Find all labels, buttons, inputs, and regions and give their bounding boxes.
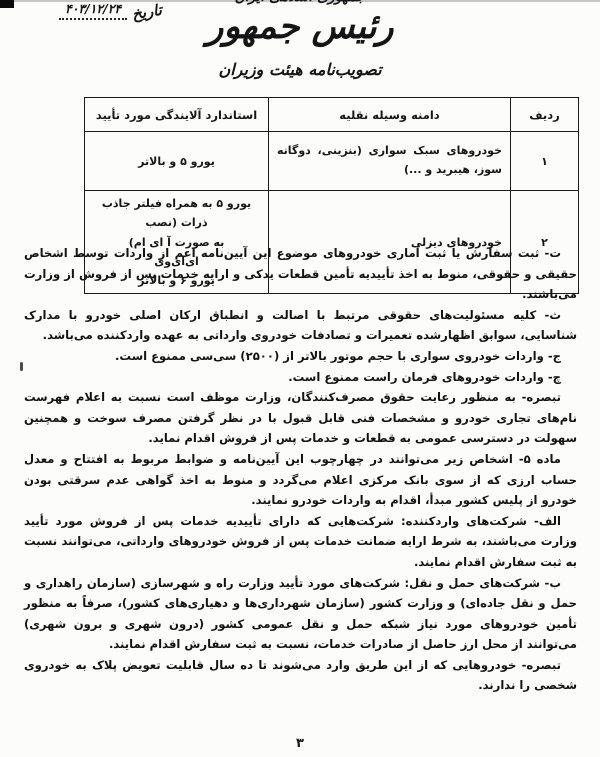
paragraph-te: ت- ثبت سفارش یا ثبت آماری خودروهای موضوع… xyxy=(24,243,577,305)
row-number-cell: ۱ xyxy=(511,132,579,191)
emblem-caption-text: جمهوری اسلامی ایران xyxy=(190,0,410,5)
paragraph-madeh-5: ماده ۵- اشخاص زیر می‌توانند در چهارچوب ا… xyxy=(24,449,577,511)
page-subtitle: تصویب‌نامه هیئت وزیران xyxy=(0,60,600,79)
column-header-vehicle-scope: دامنه وسیله نقلیه xyxy=(269,98,511,132)
document-body: ت- ثبت سفارش یا ثبت آماری خودروهای موضوع… xyxy=(24,243,577,696)
standard-line: یورو ۵ به همراه فیلتر جاذب ذرات (نصب xyxy=(93,194,260,233)
vehicle-scope-cell: خودروهای سبک سواری (بنزینی، دوگانه سوز، … xyxy=(269,132,511,191)
emission-standard-cell: یورو ۵ و بالاتر xyxy=(85,132,269,191)
page-title: رئیس جمهور xyxy=(0,6,600,48)
paragraph-jim: ج- واردات خودروی سواری با حجم موتور بالا… xyxy=(24,346,577,367)
column-header-row-no: ردیف xyxy=(511,98,579,132)
paragraph-alef: الف- شرکت‌های واردکننده: شرکت‌هایی که دا… xyxy=(24,511,577,573)
page-number: ۳ xyxy=(0,736,600,751)
paragraph-se: ث- کلیه مسئولیت‌های حقوقی مرتبط با اصالت… xyxy=(24,305,577,346)
table-row: ۱ خودروهای سبک سواری (بنزینی، دوگانه سوز… xyxy=(85,132,579,191)
paragraph-che: چ- واردات خودروهای فرمان راست ممنوع است. xyxy=(24,367,577,388)
column-header-emission-standard: استاندارد آلایندگی مورد تأیید xyxy=(85,98,269,132)
paragraph-tabsareh-2: تبصره- خودروهایی که از این طریق وارد می‌… xyxy=(24,655,577,696)
paragraph-tabsareh-1: تبصره- به منظور رعایت حقوق مصرف‌کنندگان،… xyxy=(24,387,577,449)
document-page: جمهوری اسلامی ایران تاریخ ۴۰۳/۱۲/۲۴ رئیس… xyxy=(0,0,600,757)
paragraph-be: ب- شرکت‌های حمل و نقل: شرکت‌های مورد تأی… xyxy=(24,573,577,655)
scan-artifact-speck xyxy=(20,362,23,371)
table-header-row: ردیف دامنه وسیله نقلیه استاندارد آلایندگ… xyxy=(85,98,579,132)
